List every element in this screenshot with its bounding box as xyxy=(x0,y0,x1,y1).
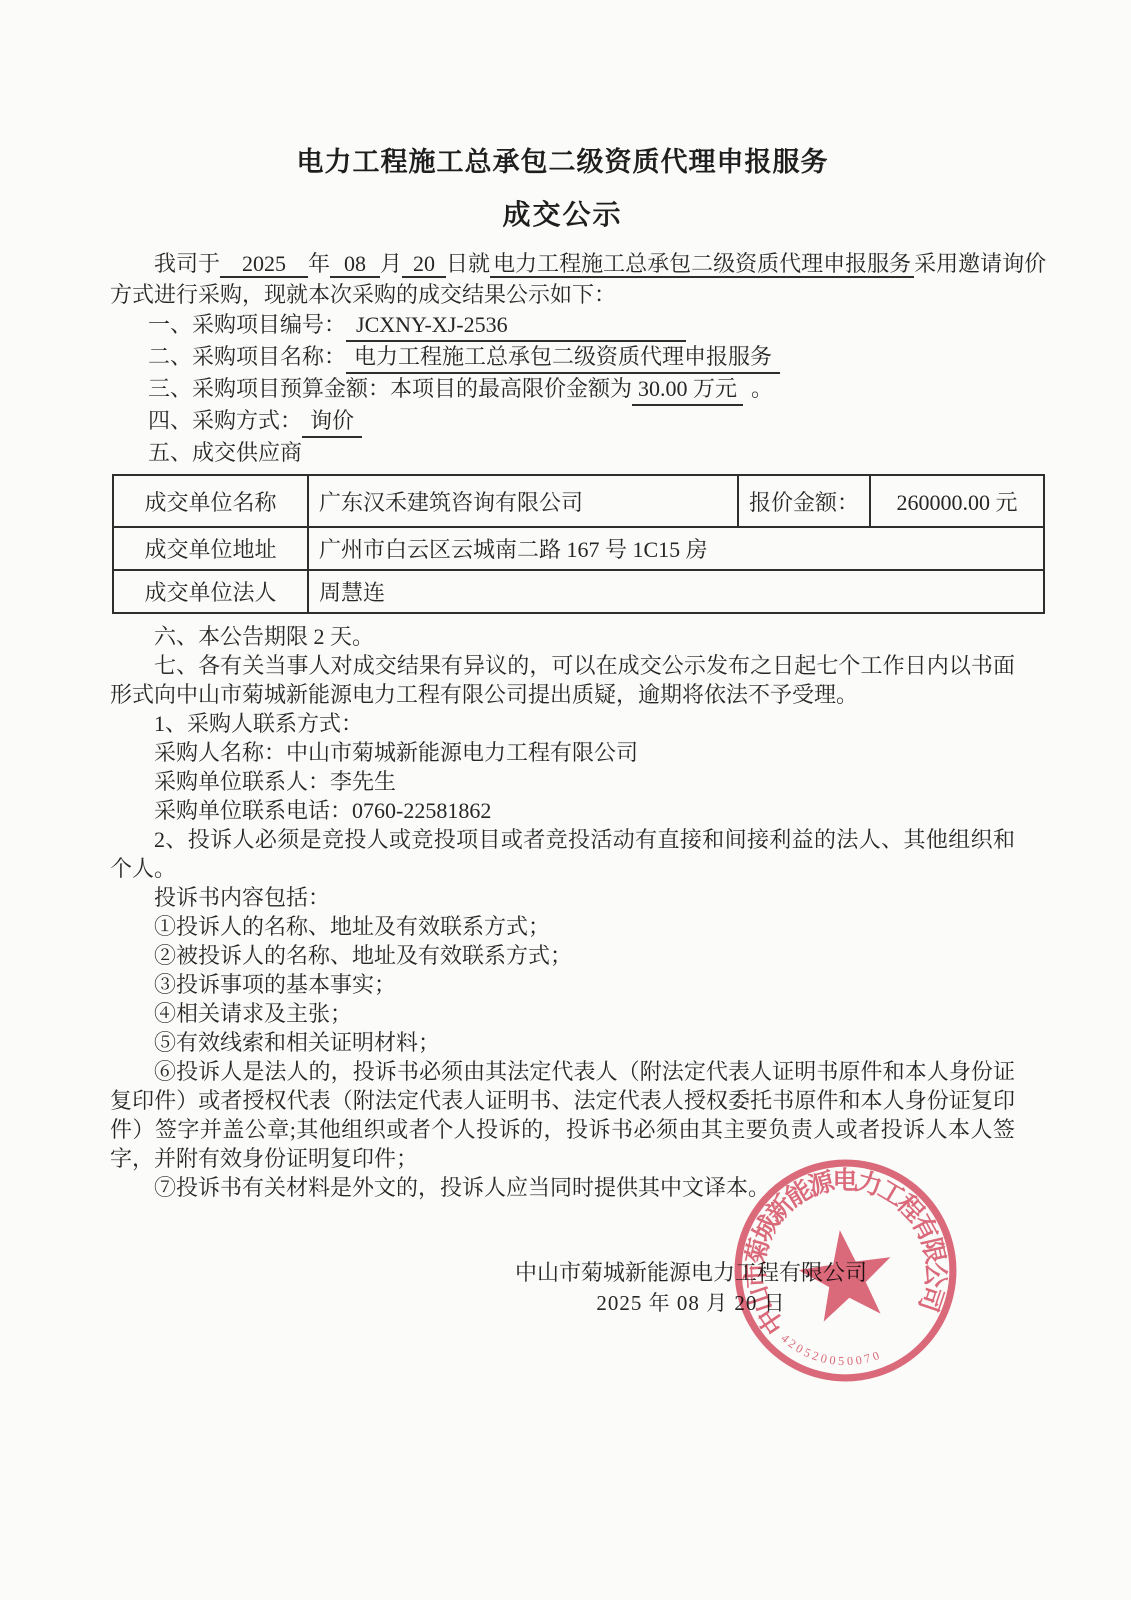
document-subtitle: 成交公示 xyxy=(110,196,1015,236)
complaint-point-4: ④相关请求及主张； xyxy=(110,999,1015,1028)
notice-paragraphs: 六、本公告期限 2 天。 七、各有关当事人对成交结果有异议的，可以在成交公示发布… xyxy=(110,622,1015,1202)
complaint-point-2: ②被投诉人的名称、地址及有效联系方式； xyxy=(110,941,1015,970)
signature-company: 中山市菊城新能源电力工程有限公司 xyxy=(515,1258,867,1288)
notice-term: 六、本公告期限 2 天。 xyxy=(110,622,1015,651)
document-title: 电力工程施工总承包二级资质代理申报服务 xyxy=(110,144,1015,180)
notice-objection: 七、各有关当事人对成交结果有异议的，可以在成交公示发布之日起七个工作日内以书面形… xyxy=(110,651,1015,709)
intro-month-unit: 月 xyxy=(380,251,402,276)
cell-legal-label: 成交单位法人 xyxy=(113,570,308,613)
item-project-name: 二、采购项目名称：电力工程施工总承包二级资质代理申报服务 xyxy=(110,342,1015,374)
item2-label: 二、采购项目名称： xyxy=(148,344,346,369)
item-supplier-heading: 五、成交供应商 xyxy=(110,438,1015,468)
signature-date: 2025 年 08 月 20 日 xyxy=(515,1288,867,1318)
intro-day-unit: 日就 xyxy=(446,251,490,276)
intro-lead: 我司于 xyxy=(154,251,220,276)
intro-year-unit: 年 xyxy=(308,251,330,276)
seal-serial-number: 420520050070 xyxy=(777,1318,884,1378)
item-budget: 三、采购项目预算金额：本项目的最高限价金额为30.00 万元。 xyxy=(110,374,1015,406)
item1-value-underlined: JCXNY-XJ-2536 xyxy=(346,310,686,342)
item3-label: 三、采购项目预算金额：本项目的最高限价金额为 xyxy=(148,376,632,401)
cell-price-value: 260000.00 元 xyxy=(870,475,1044,527)
intro-project-name-underlined: 电力工程施工总承包二级资质代理申报服务 xyxy=(490,251,914,278)
table-row-address: 成交单位地址 广州市白云区云城南二路 167 号 1C15 房 xyxy=(113,527,1044,570)
complaint-point-7: ⑦投诉书有关材料是外文的，投诉人应当同时提供其中文译本。 xyxy=(110,1173,1015,1202)
item2-value-underlined: 电力工程施工总承包二级资质代理申报服务 xyxy=(346,342,780,374)
complaint-point-5: ⑤有效线索和相关证明材料； xyxy=(110,1028,1015,1057)
cell-legal-value: 周慧连 xyxy=(308,570,1044,613)
document-content: 电力工程施工总承包二级资质代理申报服务 成交公示 我司于2025年08月20日就… xyxy=(110,144,1015,1318)
cell-name-value: 广东汉禾建筑咨询有限公司 xyxy=(308,475,738,527)
item3-suffix: 。 xyxy=(743,376,773,401)
intro-year-underlined: 2025 xyxy=(220,251,308,278)
cell-price-label: 报价金额： xyxy=(738,475,870,527)
table-row-name: 成交单位名称 广东汉禾建筑咨询有限公司 报价金额： 260000.00 元 xyxy=(113,475,1044,527)
table-row-legal-person: 成交单位法人 周慧连 xyxy=(113,570,1044,613)
complaint-point-6: ⑥投诉人是法人的，投诉书必须由其法定代表人（附法定代表人证明书原件和本人身份证复… xyxy=(110,1057,1015,1173)
intro-tail-1: 采用邀请询价 xyxy=(914,251,1046,276)
complaint-point-3: ③投诉事项的基本事实； xyxy=(110,970,1015,999)
cell-address-value: 广州市白云区云城南二路 167 号 1C15 房 xyxy=(308,527,1044,570)
item3-value-underlined: 30.00 万元 xyxy=(632,374,743,406)
numbered-items: 一、采购项目编号：JCXNY-XJ-2536 二、采购项目名称：电力工程施工总承… xyxy=(110,310,1015,468)
purchaser-name: 采购人名称：中山市菊城新能源电力工程有限公司 xyxy=(110,738,1015,767)
intro-line-2: 方式进行采购，现就本次采购的成交结果公示如下： xyxy=(110,279,1015,310)
item1-label: 一、采购项目编号： xyxy=(148,312,346,337)
intro-day-underlined: 20 xyxy=(402,251,446,278)
contact-heading: 1、采购人联系方式： xyxy=(110,709,1015,738)
signature-block: 中山市菊城新能源电力工程有限公司 2025 年 08 月 20 日 xyxy=(515,1258,867,1318)
supplier-table: 成交单位名称 广东汉禾建筑咨询有限公司 报价金额： 260000.00 元 成交… xyxy=(112,474,1045,614)
cell-name-label: 成交单位名称 xyxy=(113,475,308,527)
cell-address-label: 成交单位地址 xyxy=(113,527,308,570)
complaint-rule: 2、投诉人必须是竞投人或竞投项目或者竞投活动有直接和间接利益的法人、其他组织和个… xyxy=(110,825,1015,883)
contact-phone: 采购单位联系电话：0760-22581862 xyxy=(110,796,1015,825)
intro-paragraph: 我司于2025年08月20日就电力工程施工总承包二级资质代理申报服务采用邀请询价… xyxy=(110,248,1015,310)
contact-person: 采购单位联系人：李先生 xyxy=(110,767,1015,796)
intro-line-1: 我司于2025年08月20日就电力工程施工总承包二级资质代理申报服务采用邀请询价 xyxy=(110,248,1015,279)
item-project-number: 一、采购项目编号：JCXNY-XJ-2536 xyxy=(110,310,1015,342)
intro-month-underlined: 08 xyxy=(330,251,380,278)
scanned-document-page: 电力工程施工总承包二级资质代理申报服务 成交公示 我司于2025年08月20日就… xyxy=(0,0,1131,1600)
complaint-point-1: ①投诉人的名称、地址及有效联系方式； xyxy=(110,912,1015,941)
item4-label: 四、采购方式： xyxy=(148,408,302,433)
item4-value-underlined: 询价 xyxy=(302,406,362,438)
item-method: 四、采购方式：询价 xyxy=(110,406,1015,438)
complaint-content-heading: 投诉书内容包括： xyxy=(110,883,1015,912)
